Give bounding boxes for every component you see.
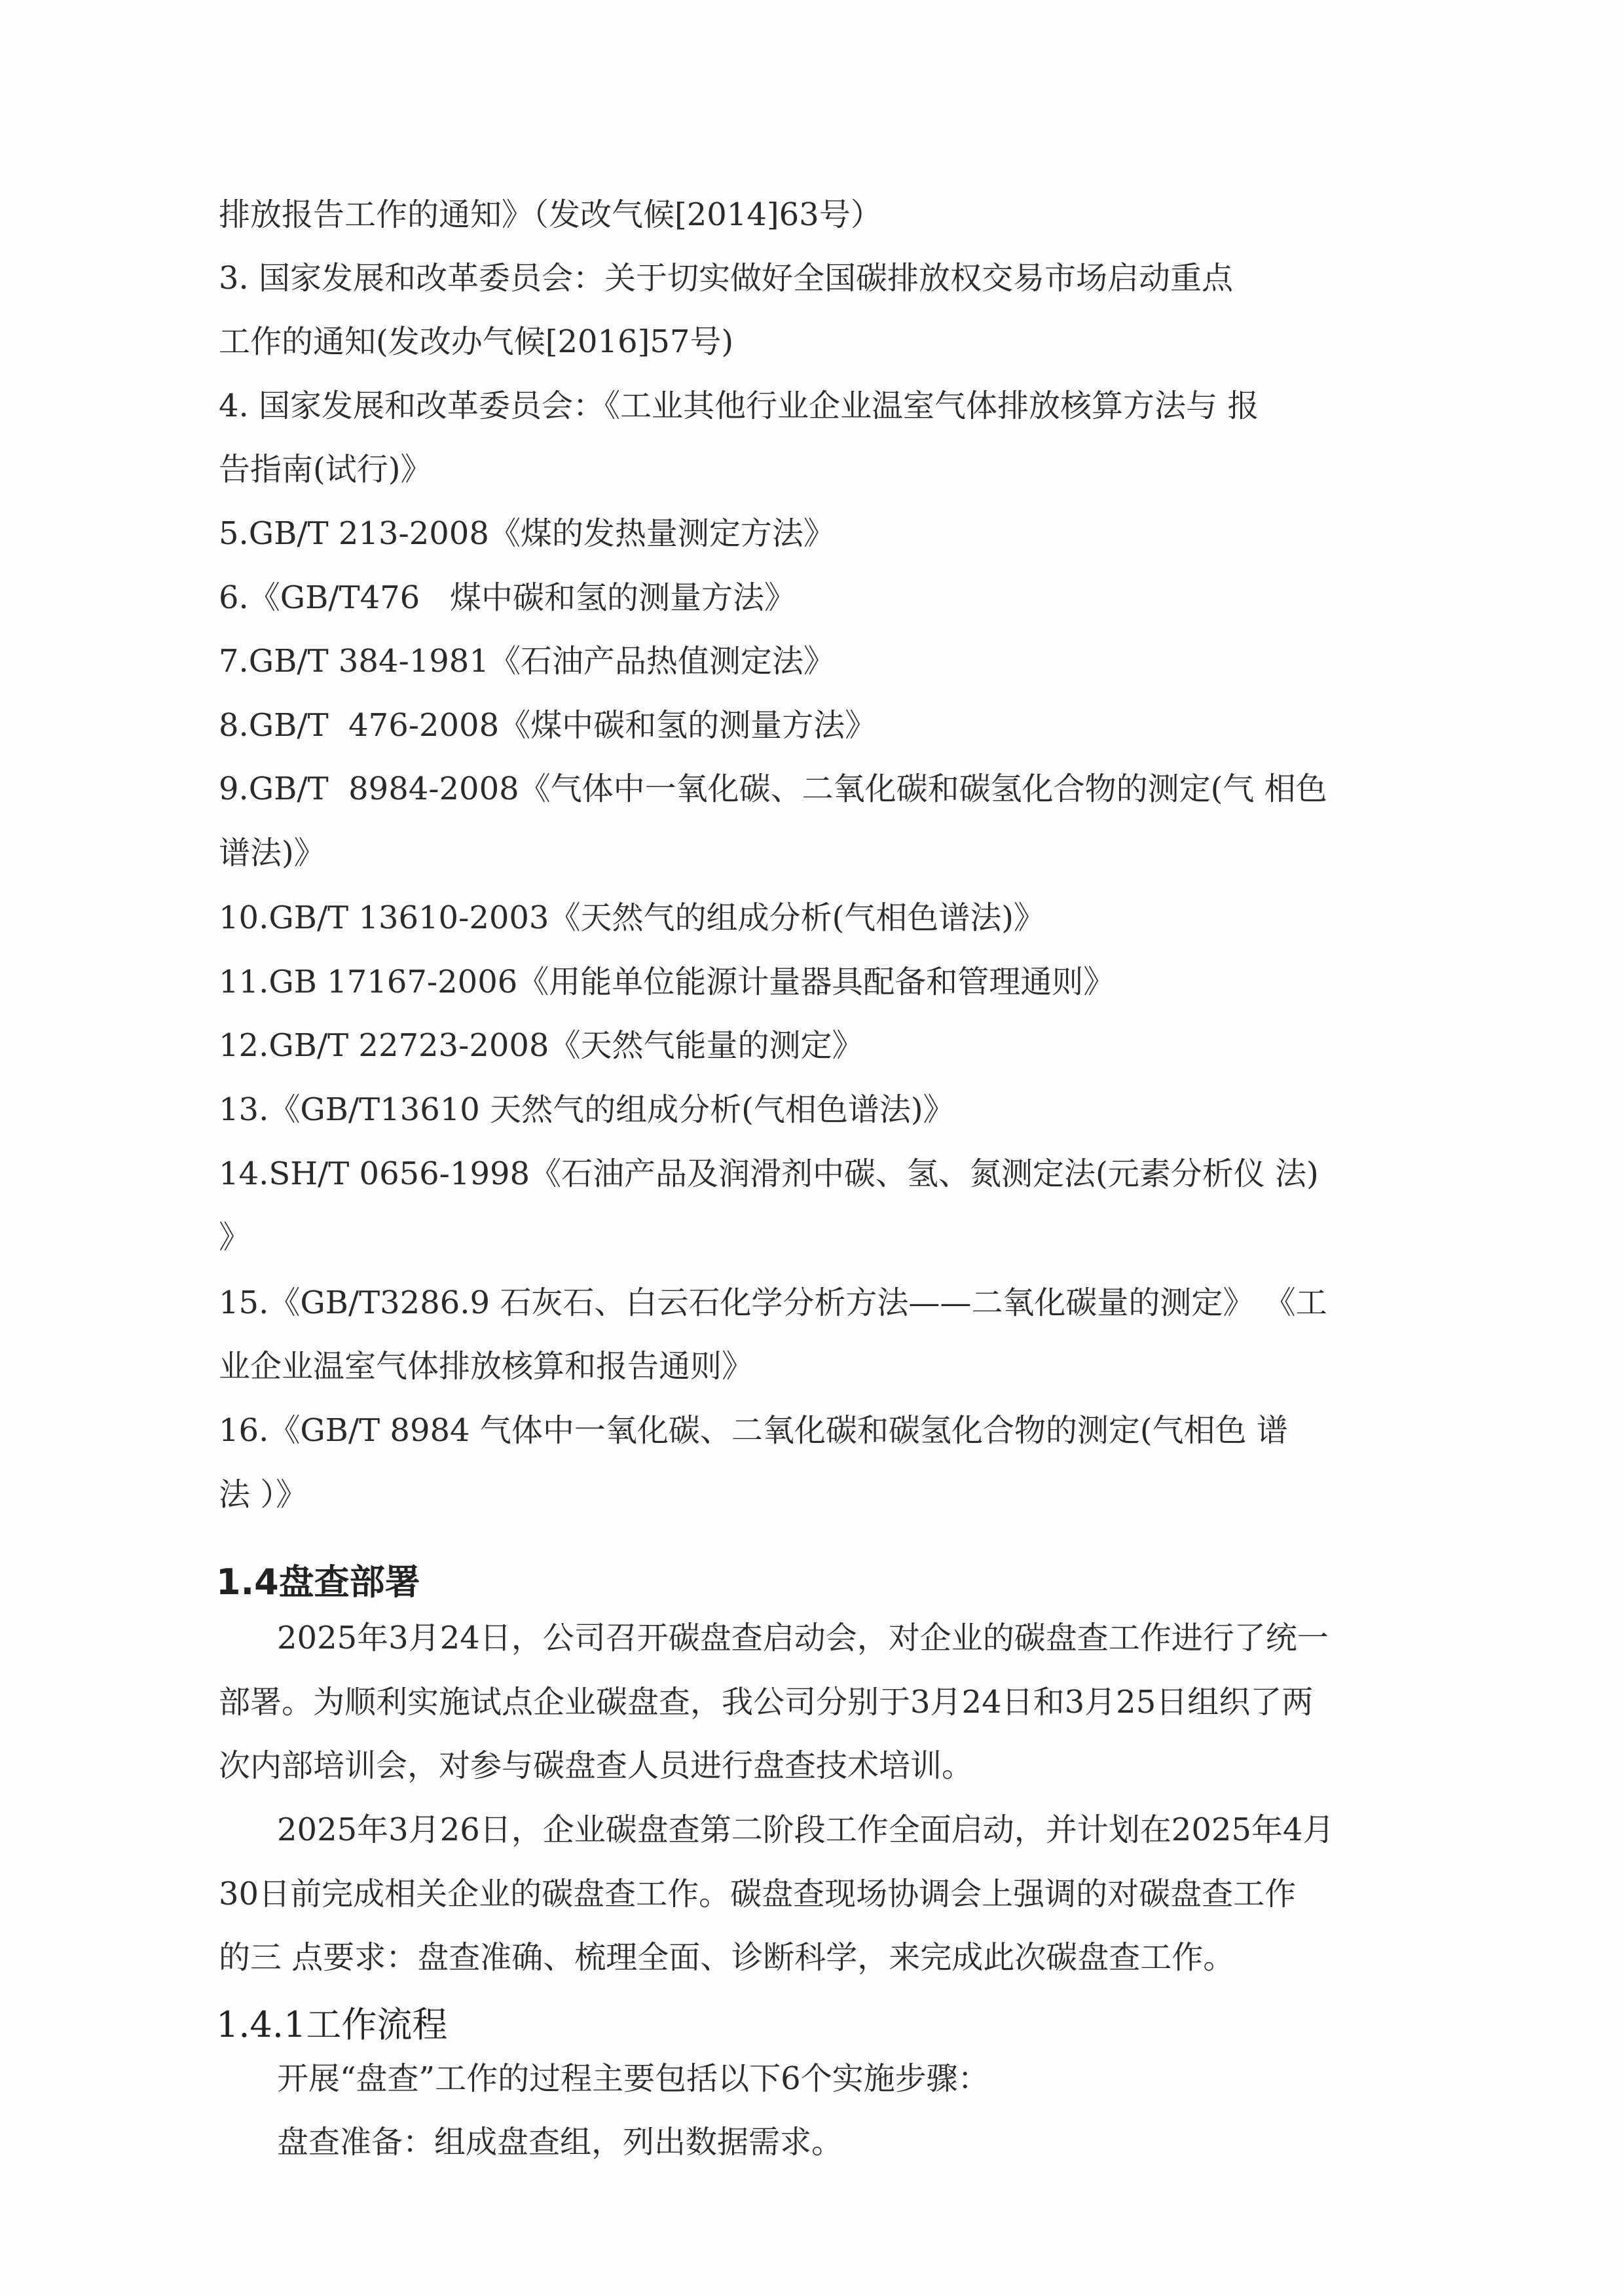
reference-item-6: 6.《GB/T476 煤中碳和氢的测量方法》 [219,579,796,616]
reference-item-14: 14.SH/T 0656-1998《石油产品及润滑剂中碳、氢、氮测定法(元素分析… [219,1156,1319,1192]
reference-item-11: 11.GB 17167-2006《用能单位能源计量器具配备和管理通则》 [219,964,1115,1000]
reference-item-16-continued: 法 ）》 [219,1476,307,1513]
paragraph-line: 2025年3月24日，公司召开碳盘查启动会，对企业的碳盘查工作进行了统一 [277,1620,1329,1656]
reference-item-9: 9.GB/T 8984-2008《气体中一氧化碳、二氧化碳和碳氢化合物的测定(气… [219,771,1327,807]
reference-item-3: 3. 国家发展和改革委员会：关于切实做好全国碳排放权交易市场启动重点 [219,260,1233,297]
workflow-step-1: 盘查准备：组成盘查组，列出数据需求。 [277,2124,843,2160]
section-heading-1-4: 1.4盘查部署 [216,1561,420,1603]
paragraph-line: 部署。为顺利实施试点企业碳盘查，我公司分别于3月24日和3月25日组织了两 [219,1684,1313,1721]
paragraph-line: 的三 点要求：盘查准确、梳理全面、诊断科学，来完成此次碳盘查工作。 [219,1939,1234,1976]
reference-item-8: 8.GB/T 476-2008《煤中碳和氢的测量方法》 [219,707,876,744]
reference-item-5: 5.GB/T 213-2008《煤的发热量测定方法》 [219,515,835,552]
reference-item-2-continued: 排放报告工作的通知》（发改气候[2014]63号） [219,196,882,233]
reference-item-4-continued: 告指南(试行)》 [219,451,432,488]
workflow-intro: 开展“盘查”工作的过程主要包括以下6个实施步骤： [277,2060,989,2097]
paragraph-line: 次内部培训会，对参与碳盘查人员进行盘查技术培训。 [219,1747,973,1784]
reference-item-4: 4. 国家发展和改革委员会：《工业其他行业企业温室气体排放核算方法与 报 [219,388,1259,424]
paragraph-line: 2025年3月26日，企业碳盘查第二阶段工作全面启动，并计划在2025年4月 [277,1812,1334,1848]
reference-item-7: 7.GB/T 384-1981《石油产品热值测定法》 [219,643,835,680]
reference-item-14-continued: 》 [219,1219,250,1256]
section-heading-1-4-1: 1.4.1工作流程 [216,2004,447,2046]
reference-item-3-continued: 工作的通知(发改办气候[2016]57号) [219,323,733,360]
reference-item-15: 15.《GB/T3286.9 石灰石、白云石化学分析方法——二氧化碳量的测定》 … [219,1285,1327,1321]
paragraph-line: 30日前完成相关企业的碳盘查工作。碳盘查现场协调会上强调的对碳盘查工作 [219,1876,1296,1912]
reference-item-13: 13.《GB/T13610 天然气的组成分析(气相色谱法)》 [219,1091,955,1128]
document-page: 排放报告工作的通知》（发改气候[2014]63号） 3. 国家发展和改革委员会：… [0,0,1624,2296]
reference-item-12: 12.GB/T 22723-2008《天然气能量的测定》 [219,1027,863,1064]
reference-item-10: 10.GB/T 13610-2003《天然气的组成分析(气相色谱法)》 [219,900,1045,936]
reference-item-9-continued: 谱法)》 [219,835,325,871]
reference-item-16: 16.《GB/T 8984 气体中一氧化碳、二氧化碳和碳氢化合物的测定(气相色 … [219,1412,1288,1449]
reference-item-15-continued: 业企业温室气体排放核算和报告通则》 [219,1348,753,1385]
